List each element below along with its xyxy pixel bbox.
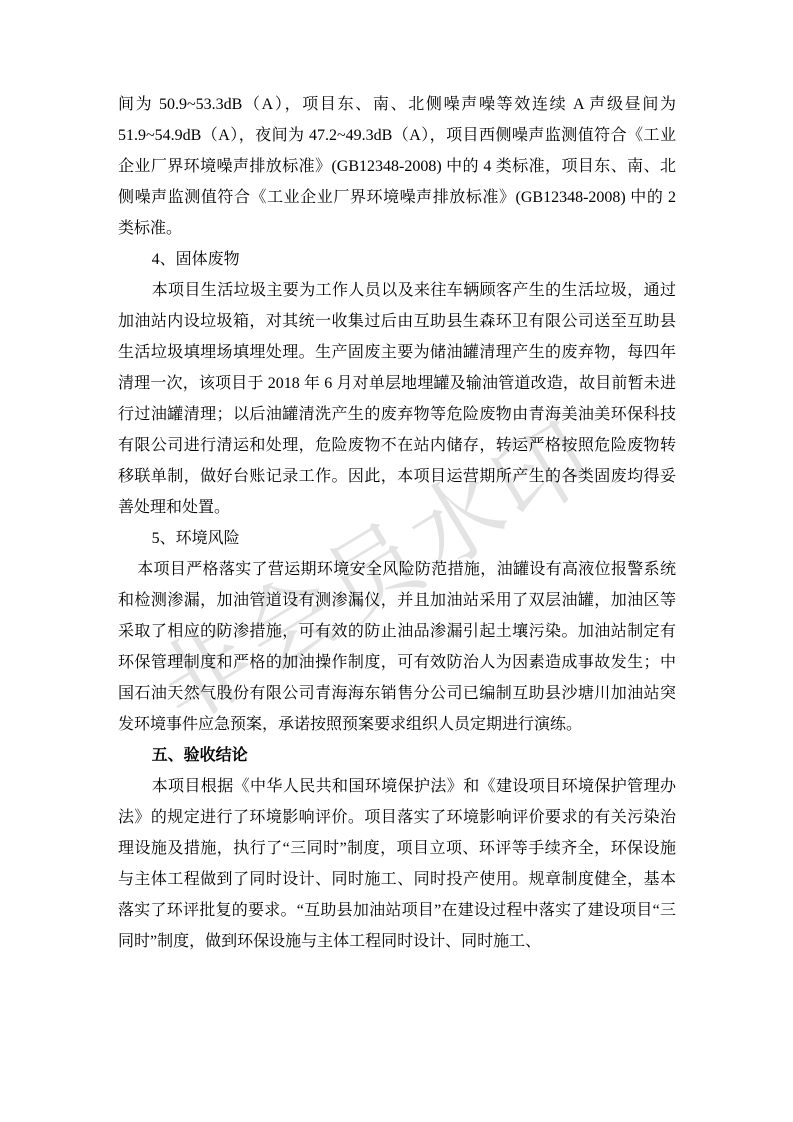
paragraph-noise-standards-continuation: 间为 50.9~53.3dB（A），项目东、南、北侧噪声噪等效连续 A 声级昼间…	[118, 89, 676, 244]
paragraph-solid-waste: 本项目生活垃圾主要为工作人员以及来往车辆顾客产生的生活垃圾，通过加油站内设垃圾箱…	[118, 275, 676, 523]
section-heading-acceptance-conclusion: 五、验收结论	[118, 740, 676, 771]
section-heading-solid-waste: 4、固体废物	[118, 244, 676, 275]
section-heading-environmental-risk: 5、环境风险	[118, 523, 676, 554]
paragraph-environmental-risk: 本项目严格落实了营运期环境安全风险防范措施，油罐设有高液位报警系统和检测渗漏，加…	[118, 554, 676, 740]
document-page: 非会员水印 间为 50.9~53.3dB（A），项目东、南、北侧噪声噪等效连续 …	[0, 0, 793, 1122]
paragraph-acceptance-conclusion: 本项目根据《中华人民共和国环境保护法》和《建设项目环境保护管理办法》的规定进行了…	[118, 771, 676, 957]
document-body: 间为 50.9~53.3dB（A），项目东、南、北侧噪声噪等效连续 A 声级昼间…	[118, 89, 676, 957]
